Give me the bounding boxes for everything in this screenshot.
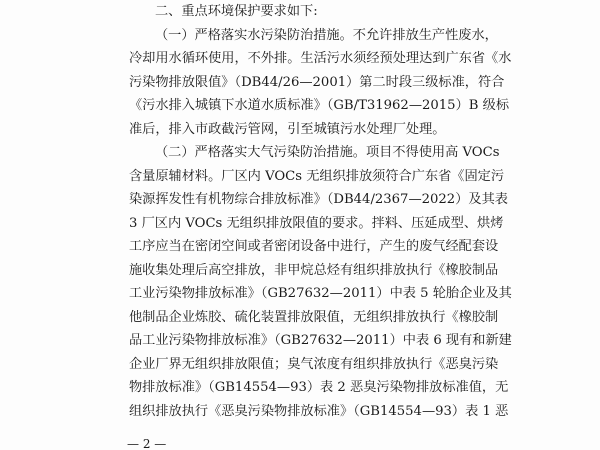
text-line: 染源挥发性有机物综合排放标准》（DB44/2367—2022）及其表 xyxy=(129,188,473,212)
text-line: 准后，排入市政截污管网，引至城镇污水处理厂处理。 xyxy=(129,118,473,142)
document-page: 二、重点环境保护要求如下:（一）严格落实水污染防治措施。不允许排放生产性废水，冷… xyxy=(0,0,600,450)
text-line: （二）严格落实大气污染防治措施。项目不得使用高 VOCs xyxy=(129,141,473,165)
text-line: 3 厂区内 VOCs 无组织排放限值的要求。拌料、压延成型、烘烤 xyxy=(129,212,473,236)
text-line: 组织排放执行《恶臭污染物排放标准》（GB14554—93）表 1 恶 xyxy=(129,400,473,424)
text-line: 企业厂界无组织排放限值；臭气浓度有组织排放执行《恶臭污染 xyxy=(129,353,473,377)
page-number: — 2 — xyxy=(127,436,166,450)
text-line: 施收集处理后高空排放，非甲烷总烃有组织排放执行《橡胶制品 xyxy=(129,259,473,283)
text-line: 品工业污染物排放标准》（GB27632—2011）中表 6 现有和新建 xyxy=(129,329,473,353)
text-line: 他制品企业炼胶、硫化装置排放限值，无组织排放执行《橡胶制 xyxy=(129,306,473,330)
document-body: 二、重点环境保护要求如下:（一）严格落实水污染防治措施。不允许排放生产性废水，冷… xyxy=(129,0,473,423)
text-line: （一）严格落实水污染防治措施。不允许排放生产性废水， xyxy=(129,24,473,48)
text-line: 冷却用水循环使用，不外排。生活污水须经预处理达到广东省《水 xyxy=(129,47,473,71)
text-line: 工业污染物排放标准》（GB27632—2011）中表 5 轮胎企业及其 xyxy=(129,282,473,306)
text-line: 污染物排放限值》（DB44/26—2001）第二时段三级标准，符合 xyxy=(129,71,473,95)
text-line: 含量原辅材料。厂区内 VOCs 无组织排放须符合广东省《固定污 xyxy=(129,165,473,189)
text-line: 物排放标准》（GB14554—93）表 2 恶臭污染物排放标准值，无 xyxy=(129,376,473,400)
text-line: 工序应当在密闭空间或者密闭设备中进行，产生的废气经配套设 xyxy=(129,235,473,259)
text-line: 《污水排入城镇下水道水质标准》（GB/T31962—2015）B 级标 xyxy=(129,94,473,118)
text-line: 二、重点环境保护要求如下: xyxy=(129,0,473,24)
